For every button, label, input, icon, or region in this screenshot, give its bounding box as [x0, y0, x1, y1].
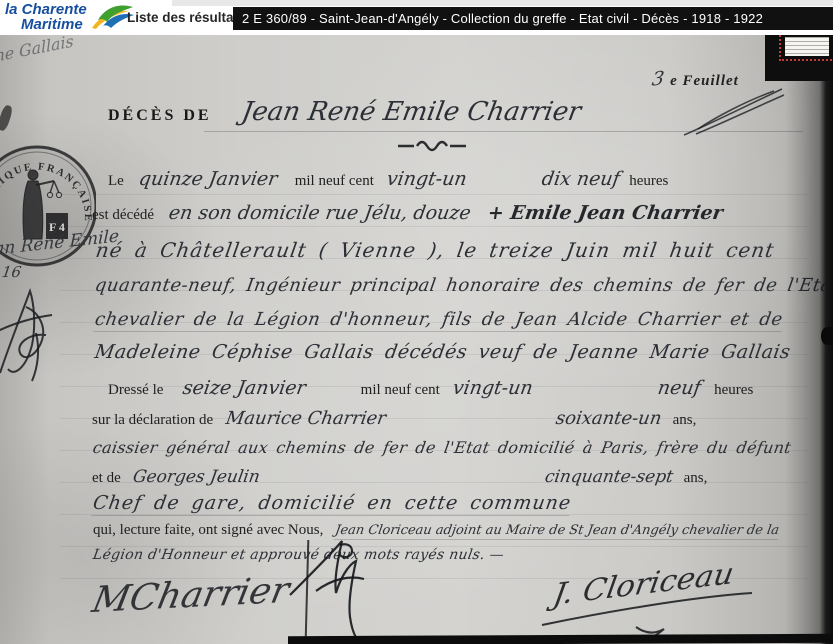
- printed-text: ans,: [684, 470, 708, 487]
- handwritten-text: né à Châtellerault ( Vienne ), le treize…: [94, 238, 776, 262]
- scan-edge-mark: [821, 327, 833, 345]
- printed-text: heures: [629, 173, 668, 190]
- printed-text: ans,: [673, 412, 697, 429]
- handwritten-text: Madeleine Céphise Gallais décédés veuf d…: [93, 341, 792, 363]
- printed-text: Dressé le: [108, 382, 163, 399]
- printed-text: mil neuf cent: [295, 173, 374, 190]
- title-underline: [204, 131, 803, 132]
- handwritten-text: dix neuf: [540, 168, 621, 190]
- handwritten-text: neuf: [656, 377, 702, 399]
- document-scan[interactable]: ne Gallais 3e Feuillet: [0, 35, 833, 644]
- act-line: quarante-neuf, Ingénieur principal honor…: [95, 275, 805, 296]
- handwritten-text: Georges Jeulin: [132, 467, 262, 487]
- ghost-handwriting: ne Gallais: [0, 35, 74, 66]
- signature-paraph-jeulin: [280, 535, 410, 643]
- signature-charrier: MCharrier: [89, 570, 293, 621]
- handwritten-text: vingt-un: [451, 377, 534, 399]
- logo-line2: Maritime: [21, 17, 87, 32]
- act-line: est décédé en son domicile rue Jélu, dou…: [92, 202, 805, 225]
- handwritten-text: seize Janvier: [181, 377, 307, 399]
- handwritten-text: vingt-un: [385, 168, 468, 190]
- act-line: sur la déclaration de Maurice Charrier s…: [92, 408, 805, 429]
- act-line: Le quinze Janvier mil neuf cent vingt-un…: [108, 168, 805, 191]
- handwritten-text: quinze Janvier: [137, 168, 279, 190]
- act-line: caissier général aux chemins de fer de l…: [93, 438, 805, 458]
- act-line: qui, lecture faite, ont signé avec Nous,…: [93, 522, 805, 540]
- act-title: DÉCÈS DE Jean René Emile Charrier: [108, 97, 581, 127]
- logo-text: la Charente Maritime: [5, 2, 87, 32]
- folio-number: 3: [651, 67, 666, 90]
- handwritten-text: Chef de gare, domicilié en cette commune: [91, 492, 573, 516]
- logo-charente-maritime[interactable]: la Charente Maritime: [5, 1, 134, 32]
- pen-flourish: [678, 87, 788, 137]
- margin-paraph-flourish: [0, 273, 76, 383]
- header-top-strip: [172, 0, 833, 6]
- page-bottom-edge: [288, 634, 833, 644]
- handwritten-text: Maurice Charrier: [225, 408, 388, 429]
- scan-edge-smudge: [0, 104, 14, 132]
- viewer-minimap[interactable]: [779, 35, 833, 61]
- act-line: Chef de gare, domicilié en cette commune: [93, 492, 805, 516]
- handwritten-text: en son domicile rue Jélu, douze: [168, 202, 473, 224]
- printed-text: sur la déclaration de: [92, 412, 213, 429]
- record-title: 2 E 360/89 - Saint-Jean-d'Angély - Colle…: [242, 11, 763, 26]
- handwritten-insertion: + Emile Jean Charrier: [487, 202, 725, 224]
- handwritten-text: caissier général aux chemins de fer de l…: [91, 438, 792, 457]
- handwritten-text: soixante-un: [554, 408, 663, 429]
- handwritten-text: quarante-neuf, Ingénieur principal honor…: [93, 275, 833, 296]
- logo-line1: la Charente: [5, 1, 87, 18]
- act-line: et de Georges Jeulin cinquante-sept ans,: [92, 467, 805, 487]
- printed-text: heures: [714, 382, 753, 399]
- official-stamp: RÉPUBLIQUE FRANÇAISE F 4: [0, 131, 96, 281]
- handwritten-text: cinquante-sept: [543, 467, 674, 487]
- header-bar: la Charente Maritime Liste des résultats…: [0, 0, 833, 35]
- title-divider-squiggle: [396, 137, 488, 153]
- act-line: né à Châtellerault ( Vienne ), le treize…: [96, 238, 805, 263]
- printed-text: Le: [108, 173, 124, 190]
- printed-text: mil neuf cent: [361, 382, 440, 399]
- handwritten-text: chevalier de la Légion d'honneur, fils d…: [93, 309, 784, 332]
- printed-text: est décédé: [92, 207, 154, 224]
- act-title-printed: DÉCÈS DE: [108, 107, 212, 124]
- act-line: chevalier de la Légion d'honneur, fils d…: [95, 309, 805, 332]
- archive-viewer: la Charente Maritime Liste des résultats…: [0, 0, 833, 644]
- printed-text: et de: [92, 470, 121, 487]
- act-title-name: Jean René Emile Charrier: [239, 97, 583, 127]
- record-title-bar: 2 E 360/89 - Saint-Jean-d'Angély - Colle…: [233, 7, 833, 30]
- act-line: Madeleine Céphise Gallais décédés veuf d…: [95, 341, 805, 364]
- act-line: Dressé le seize Janvier mil neuf cent vi…: [108, 377, 805, 400]
